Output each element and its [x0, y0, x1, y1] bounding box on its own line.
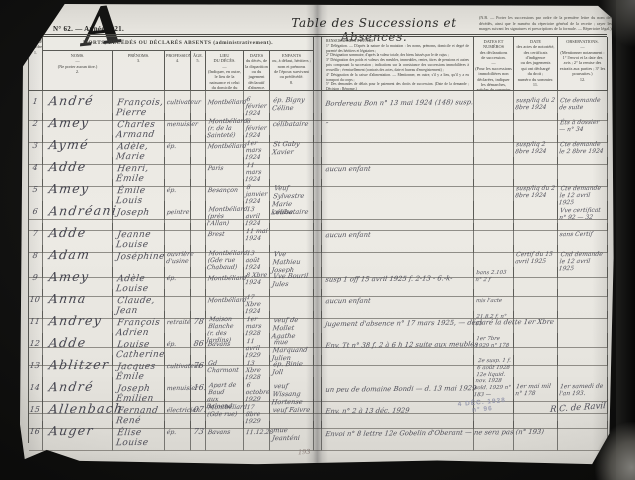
handwritten-profession [165, 163, 168, 170]
cell-nom: Auger [43, 421, 113, 451]
handwritten-place: Gd Charmont [205, 355, 245, 375]
handwritten-observation: 1er samedi de l'an 193. [557, 377, 609, 398]
handwritten-number: 8 [32, 245, 39, 260]
column-header-age: ÂGE. 5. [191, 51, 206, 91]
handwritten-notes: aucun enfant [321, 289, 372, 306]
column-header-declarations: DATES ET NUMÉROS des déclarations de suc… [474, 37, 514, 91]
book-edge-shadow [616, 0, 635, 480]
handwritten-place: Montbéliard [205, 138, 247, 151]
handwritten-surname: André [42, 377, 95, 395]
handwritten-number: 3 [32, 135, 39, 150]
column-header-certificats: DATE des actes de notoriété, des certifi… [514, 37, 558, 91]
handwritten-firstnames: Élise Louise [111, 421, 166, 449]
handwritten-number: 16 [29, 421, 41, 436]
handwritten-surname: Aymé [42, 135, 90, 152]
table-row: 12 Adde Louise Catherine ép. 86 Bavans 1… [29, 333, 607, 355]
handwritten-number: 5 [32, 179, 39, 194]
handwritten-spouse: célibataire [269, 203, 310, 217]
handwritten-spouse [270, 230, 274, 236]
handwritten-place: Paris [205, 160, 224, 172]
handwritten-observation [558, 340, 561, 346]
handwritten-number: 9 [32, 267, 39, 282]
handwritten-certificate [514, 296, 517, 302]
handwritten-place: Besançon [205, 182, 239, 194]
handwritten-date: 11 mai 1924 [243, 223, 271, 243]
handwritten-surname: Andrey [42, 311, 104, 329]
page-curl-bottom-right [595, 422, 635, 480]
handwritten-profession: ép. [164, 137, 177, 151]
handwritten-spouse: St Gaby Xavier [269, 135, 315, 157]
handwritten-profession: ép. [164, 335, 177, 349]
handwritten-surname: André [42, 91, 95, 109]
handwritten-observation [558, 164, 561, 170]
handwritten-notes: Env. n° 2 à 13 déc. 1929 [321, 399, 411, 416]
table-header: NUMÉRO d'ordre. 1. MORTS, DÉCÉDÉS OU DÉC… [28, 34, 607, 91]
handwritten-certificate [514, 274, 517, 280]
table-row: 16 Auger Élise Louise ép. 73 Bavans 11.1… [29, 421, 607, 443]
handwritten-surname: Anna [42, 289, 88, 306]
handwritten-age [191, 208, 195, 214]
cell-numero: 16 [29, 421, 43, 451]
handwritten-declaration [474, 387, 476, 390]
handwritten-number: 10 [29, 289, 41, 304]
handwritten-firstnames: Joseph [112, 201, 151, 218]
handwritten-number: 12 [29, 333, 41, 348]
handwritten-number: 15 [29, 399, 41, 414]
handwritten-spouse: veuf Faivre [269, 401, 311, 415]
handwritten-notes: susp 1 off 15 avril 1925 f. 2-13 - 6.-k- [321, 266, 454, 283]
handwritten-certificate: susp/liq du 2 8bre 1924 [513, 179, 559, 200]
handwritten-age: 78 [190, 311, 205, 326]
column-header-noms: NOMS. — (Ne porter aucun titre.) 2. [43, 51, 113, 91]
handwritten-certificate: susp/liq du 2 8bre 1924 [513, 91, 559, 112]
handwritten-notes [321, 250, 326, 258]
handwritten-age [191, 142, 195, 148]
handwritten-age [191, 164, 195, 170]
handwritten-certificate [514, 428, 517, 434]
handwritten-declaration [474, 211, 476, 214]
cell-prenoms: Élise Louise [113, 421, 165, 451]
handwritten-age [191, 120, 195, 126]
table-row: 7 Adde Jeanne Louise Brest 11 mai 1924 a… [29, 223, 607, 245]
handwritten-age [191, 252, 195, 258]
cell-certificats [514, 421, 558, 451]
handwritten-surname: Adde [42, 333, 88, 350]
handwritten-age: 86 [190, 333, 205, 348]
table-row: 2 Amey Charles Armand menuisier Montbéli… [29, 113, 607, 135]
handwritten-certificate [514, 230, 517, 236]
handwritten-certificate: 1er mai mil n° 178 [513, 377, 559, 398]
scanned-register-sheet: { "palette": { "background": "#0c0c0b", … [0, 0, 635, 480]
handwritten-spouse [270, 296, 274, 302]
handwritten-declaration [474, 255, 476, 258]
column-header-numero: NUMÉRO d'ordre. 1. [29, 37, 43, 91]
handwritten-profession: peintre [164, 203, 191, 217]
handwritten-number: 14 [29, 377, 41, 392]
handwritten-declaration [474, 233, 476, 236]
handwritten-place: Bavans [205, 424, 231, 436]
table-body: 1 André François, Pierre cultivateur Mon… [28, 91, 607, 443]
handwritten-surname: Adde [42, 223, 88, 240]
handwritten-profession: ép. [164, 181, 177, 195]
table-row: 9 Amey Adèle Louise ép. Montbéliard 8 Xb… [29, 267, 607, 289]
handwritten-place: Bavans [205, 336, 231, 348]
handwritten-observation [558, 274, 561, 280]
handwritten-observation [558, 296, 561, 302]
handwritten-declaration [474, 189, 476, 192]
handwritten-profession: ép. [164, 269, 177, 283]
handwritten-observation: Vve certificat n° 92 — 32 [557, 201, 609, 222]
handwritten-certificate [514, 164, 517, 170]
corner-note: (N.B. — Porter les successions par ordre… [479, 15, 612, 32]
handwritten-notes [321, 206, 326, 214]
handwritten-surname: Adde [42, 157, 88, 174]
handwritten-notes: ″ [321, 113, 330, 129]
handwritten-declaration [474, 167, 476, 170]
handwritten-certificate [514, 362, 517, 368]
handwritten-number: 4 [32, 157, 39, 172]
column-header-epoux: ENFANTS ou, à défaut, héritiers ; nom et… [270, 51, 314, 91]
handwritten-observation: sans Certif [557, 225, 594, 239]
handwritten-surname: Adam [42, 245, 92, 262]
handwritten-age: 76 [190, 355, 205, 370]
handwritten-surname: Andréani [42, 201, 119, 219]
table-row: 13 Ablitzer Jacques Émile cultivateur 76… [29, 355, 607, 377]
handwritten-certificate [514, 208, 517, 214]
handwritten-certificate [514, 120, 517, 126]
handwritten-profession: ép. [164, 423, 177, 437]
column-header-lieu: LIEU DU DÉCÈS. — (Indiquer, en outre, le… [206, 51, 244, 91]
handwritten-observation: Cte demande le 2 8bre 1924 [557, 135, 609, 156]
handwritten-declaration: mis l'acte [473, 295, 502, 305]
handwritten-profession: retraité [164, 313, 192, 327]
pencil-note: 193 [298, 448, 311, 457]
handwritten-surname: Amey [42, 113, 91, 130]
column-header-prenoms: PRÉNOMS. 3. [113, 51, 165, 91]
column-header-dates: DATES du décès, de la disparition ou du … [244, 51, 270, 91]
handwritten-declaration [474, 101, 476, 104]
handwritten-declaration [474, 123, 476, 126]
handwritten-notes: aucun enfant [321, 223, 372, 240]
handwritten-place: Montbéliard [205, 94, 247, 107]
cell-renseignements: Envoi n° 8 lettre 12e Gobelin d'Oberant … [322, 421, 474, 451]
handwritten-firstnames: Joséphine [112, 245, 166, 263]
handwritten-age [191, 296, 195, 302]
succession-table: NUMÉRO d'ordre. 1. MORTS, DÉCÉDÉS OU DÉC… [28, 34, 607, 443]
handwritten-notes [321, 360, 326, 368]
handwritten-certificate [514, 406, 517, 412]
handwritten-notes [321, 140, 326, 148]
cell-date-deces: 11.12.28 [244, 421, 270, 451]
handwritten-certificate: Certif du 15 avril 1925 [513, 245, 559, 266]
handwritten-declaration: 21.8.2 f. n° 83 [473, 311, 514, 328]
table-row: 15 Allenbach Fernand René électricien 07… [29, 399, 607, 421]
handwritten-place: Montbéliard (Gde rue) [205, 399, 248, 419]
handwritten-surname: Amey [42, 179, 91, 196]
handwritten-place: Brest [205, 226, 225, 238]
handwritten-number: 2 [32, 113, 39, 128]
table-row: 5 Amey Émile Louis ép. Besançon 8 janvie… [29, 179, 607, 201]
handwritten-place: Montbéliard [205, 292, 247, 305]
handwritten-number: 7 [32, 223, 39, 238]
handwritten-declaration: bans 2.103 n° 2 f [473, 267, 514, 284]
gutter-column-header [314, 37, 322, 91]
handwritten-age [191, 186, 195, 192]
handwritten-spouse [270, 164, 274, 170]
handwritten-notes: un peu de domaine Bondi — d. 13 mai 1929 [321, 376, 478, 394]
handwritten-surname: Auger [42, 421, 95, 439]
table-row: 14 André Joseph Émilien menuisier 16. Ap… [29, 377, 607, 399]
table-row: 11 Andrey François Adrien retraité 78 Ma… [29, 311, 607, 333]
handwritten-declaration [474, 145, 476, 148]
table-row: 6 Andréani Joseph peintre Montbéliard (p… [29, 201, 607, 223]
handwritten-notes: Env. Tt n° 38 f. 2 à 6 h 12 suite aux me… [321, 332, 480, 350]
handwritten-spouse: ép. Bigny Céline [269, 91, 315, 113]
handwritten-observation [558, 428, 561, 434]
handwritten-surname: Amey [42, 267, 91, 284]
handwritten-observation: Cte demande de suite [557, 91, 609, 112]
handwritten-date: 8 Xbre 1924 [243, 267, 271, 287]
handwritten-certificate: susp/liq 2 8bre 1924 [513, 135, 559, 156]
handwritten-place: Montbéliard [205, 270, 247, 283]
handwritten-spouse: ép. Binie Joll [269, 355, 315, 377]
handwritten-number: 1 [32, 91, 39, 106]
handwritten-surname: Ablitzer [42, 355, 111, 373]
handwritten-certificate [514, 340, 517, 346]
handwritten-number: 13 [29, 355, 41, 370]
column-header-professions: PROFESSIONS. 4. [165, 51, 191, 91]
handwritten-declaration [474, 431, 476, 434]
column-group-header-deceased: MORTS, DÉCÉDÉS OU DÉCLARÉS ABSENTS (admi… [43, 37, 314, 51]
handwritten-age: 73 [190, 421, 205, 436]
table-row: 4 Adde Henri, Émile Paris 11 mars 1924 a… [29, 157, 607, 179]
column-header-renseignements: RENSEIGNEMENTS DIVERS : 1° Délégation. —… [322, 37, 474, 91]
handwritten-spouse: mue Jeanténi [269, 421, 315, 443]
handwritten-observation [558, 318, 561, 324]
handwritten-spouse: Vve Bouril Jules [269, 267, 315, 289]
handwritten-certificate [514, 318, 517, 324]
handwritten-age [191, 274, 195, 280]
register-page: N° 62. — Année 1921. A Table des Success… [20, 4, 616, 466]
handwritten-profession [165, 229, 168, 236]
handwritten-notes: aucun enfant [321, 157, 372, 174]
page-curl-top-right [599, 0, 635, 48]
handwritten-observation: Éts à dossier — n° 34 [557, 113, 609, 134]
cell-epoux: mue Jeanténi [270, 421, 314, 451]
handwritten-notes: Bordereau Bon n° 13 mai 1924 (148) susp. [321, 90, 475, 108]
handwritten-observation [558, 362, 561, 368]
handwritten-number: 6 [32, 201, 39, 216]
table-row: 8 Adam Joséphine ouvrière d'usine Montbé… [29, 245, 607, 267]
handwritten-age [191, 230, 195, 236]
handwritten-notes [321, 184, 326, 192]
cell-lieu-deces: Bavans [206, 421, 244, 451]
handwritten-declaration: 1er 7bre 1929 n° 178 [473, 333, 514, 350]
cell-declarations [474, 421, 514, 451]
handwritten-spouse: célibataire [269, 115, 310, 129]
handwritten-age [191, 98, 195, 104]
table-row: 1 André François, Pierre cultivateur Mon… [29, 91, 607, 113]
handwritten-profession [165, 295, 168, 302]
table-row: 10 Anna Claude, Jean Montbéliard 17 Xbre… [29, 289, 607, 311]
cell-age: 73 [191, 421, 206, 451]
cell-profession: ép. [165, 421, 191, 451]
table-row: 3 Aymé Adèle, Marie ép. Montbéliard 1er … [29, 135, 607, 157]
handwritten-number: 11 [29, 311, 41, 326]
